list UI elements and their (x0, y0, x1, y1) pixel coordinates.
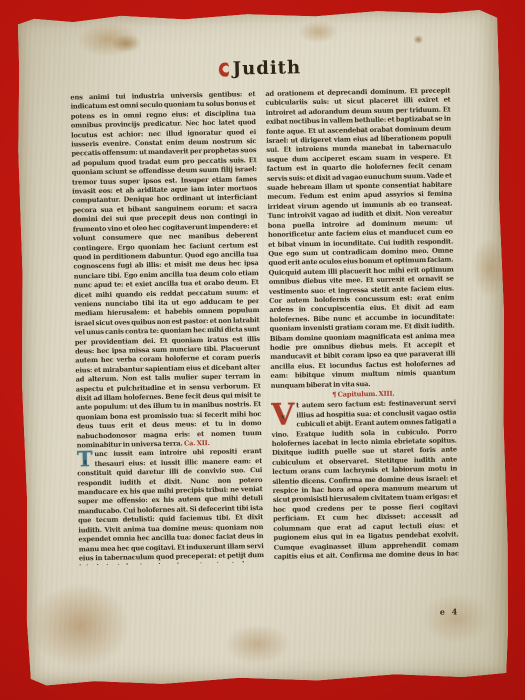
foxing-stain (29, 582, 131, 669)
guide-letter: v (282, 413, 285, 422)
chapter13-text: t autem sero factum est: festinaverunt s… (272, 399, 459, 562)
photo-of-incunable-leaf: { "colors": { "backdrop_red": "#b4130d",… (0, 0, 525, 700)
quire-signature: e 4 (440, 606, 460, 616)
two-column-layout: ens animi tui industria universis gentib… (70, 87, 459, 566)
left-column: ens animi tui industria universis gentib… (70, 90, 264, 565)
chapter12-continuation-text: ad orationem et deprecandi dominum. Et p… (265, 87, 455, 390)
paraph-icon (219, 63, 229, 77)
lombard-initial-red: V v (271, 402, 295, 429)
foxing-stain (298, 21, 338, 44)
right-column: ad orationem et deprecandi dominum. Et p… (265, 87, 459, 562)
manuscript-leaf: Judith ens animi tui industria universis… (15, 8, 511, 689)
chapter12-text: unc iussit eam introire ubi repositi era… (77, 447, 264, 565)
chapter12-paragraph: T t unc iussit eam introire ubi repositi… (77, 447, 264, 565)
right-column-flow: ad orationem et deprecandi dominum. Et p… (265, 87, 456, 402)
left-column-flow: ens animi tui industria universis gentib… (70, 90, 262, 451)
foxing-stain (422, 593, 493, 644)
page-title: Judith (232, 57, 301, 79)
chapter11-text: ens animi tui industria universis gentib… (70, 90, 261, 449)
running-header: Judith (70, 55, 450, 84)
guide-letter: t (84, 458, 87, 467)
foxing-stain (471, 238, 508, 299)
text-block: Judith ens animi tui industria universis… (70, 55, 459, 566)
lombard-initial-blue: T t (77, 451, 93, 469)
foxing-stain (111, 34, 141, 53)
foxing-stain (413, 35, 423, 44)
chapter12-rubric: Ca. XII. (184, 439, 210, 447)
chapter13-paragraph: V v t autem sero factum est: festinaveru… (271, 399, 459, 562)
foxing-stain (77, 22, 140, 57)
foxing-stain (224, 624, 291, 665)
